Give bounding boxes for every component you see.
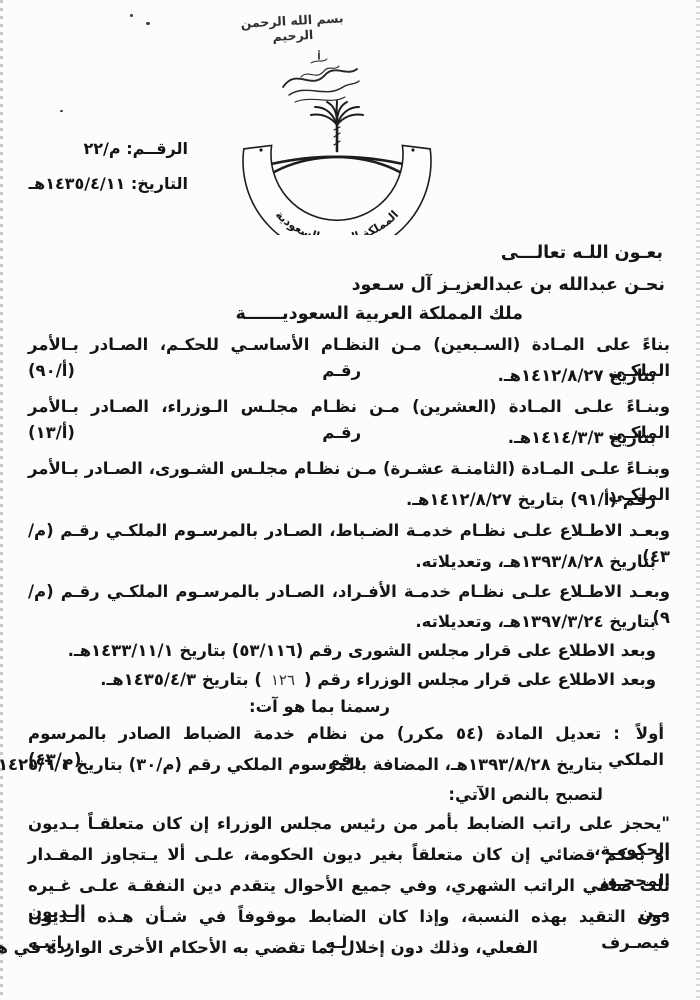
basmala-calligraphy: بسم الله الرحمن الرحيم xyxy=(219,9,365,47)
king-title-line: ملك المملكة العربية السعوديــــــة xyxy=(236,301,523,327)
reference-block: الرقــم: م/٢٢ التاريخ: ١٤٣٥/٤/١١هـ xyxy=(26,131,188,201)
clause-ministers-decision: وبعد الاطلاع على قرار مجلس الوزراء رقم (… xyxy=(100,667,656,693)
clause-basis-18-date: رقم (أ/٩١) بتاريخ ١٤١٢/٨/٢٧هـ. xyxy=(406,487,656,513)
clause-basis-70-date: بتاريخ ١٤١٢/٨/٢٧هـ. xyxy=(498,363,656,389)
clause-shura-decision: وبعد الاطلاع على قرار مجلس الشورى رقم (٥… xyxy=(68,638,656,664)
article-first-colon: : xyxy=(613,724,620,743)
scan-speck xyxy=(146,22,150,25)
scan-speck xyxy=(130,14,133,17)
decree-enactment-line: رسمنا بما هو آت: xyxy=(249,694,390,720)
kingdom-ribbon-band xyxy=(243,145,431,235)
band-ornament-left xyxy=(259,148,262,151)
decree-number-label: الرقــم: xyxy=(126,139,188,158)
crossed-swords-icon xyxy=(261,157,413,179)
scan-speck xyxy=(60,110,63,112)
band-ornament-right xyxy=(411,148,414,151)
decree-number-line: الرقــم: م/٢٢ xyxy=(26,131,188,166)
decree-number-value: م/٢٢ xyxy=(84,139,121,158)
scan-noise-left-edge xyxy=(0,0,3,1000)
article-first-label: أولاً xyxy=(636,724,664,743)
ministers-decision-number: ١٢٦ xyxy=(262,671,304,689)
quoted-text-line5: الفعلي، وذلك دون إخلال بما تقضي به الأحك… xyxy=(0,935,538,961)
ministers-decision-pre: وبعد الاطلاع على قرار مجلس الوزراء رقم ( xyxy=(304,670,656,689)
clause-personnel-law-date: بتاريخ ١٣٩٧/٣/٢٤هـ، وتعديلاته. xyxy=(415,609,656,635)
article-first-line2: بتاريخ ١٣٩٣/٨/٢٨هـ، المضافة بالمرسوم الم… xyxy=(0,752,603,778)
invocation-line: بعـون اللـه تعالـــى xyxy=(501,240,663,266)
clause-basis-20-date: بتاريخ ١٤١٤/٣/٣هـ. xyxy=(508,425,656,451)
scan-noise-right-edge xyxy=(696,0,700,1000)
decree-date-label: التاريخ: xyxy=(131,174,188,193)
decree-date-value: ١٤٣٥/٤/١١هـ xyxy=(29,174,126,193)
clause-officers-law-date: بتاريخ ١٣٩٣/٨/٢٨هـ، وتعديلاته. xyxy=(415,549,656,575)
decree-date-line: التاريخ: ١٤٣٥/٤/١١هـ xyxy=(26,166,188,201)
article-first-line3: لتصبح بالنص الآتي: xyxy=(448,782,603,808)
ministers-decision-post: ) بتاريخ ١٤٣٥/٤/٣هـ. xyxy=(100,670,262,689)
saudi-emblem: المملكة العربية السعودية xyxy=(239,99,436,235)
king-name-line: نحـن عبدالله بن عبدالعزيـز آل سـعود xyxy=(352,272,665,298)
royal-decree-page: بسم الله الرحمن الرحيم xyxy=(0,0,700,1000)
palm-tree-icon xyxy=(311,101,363,151)
